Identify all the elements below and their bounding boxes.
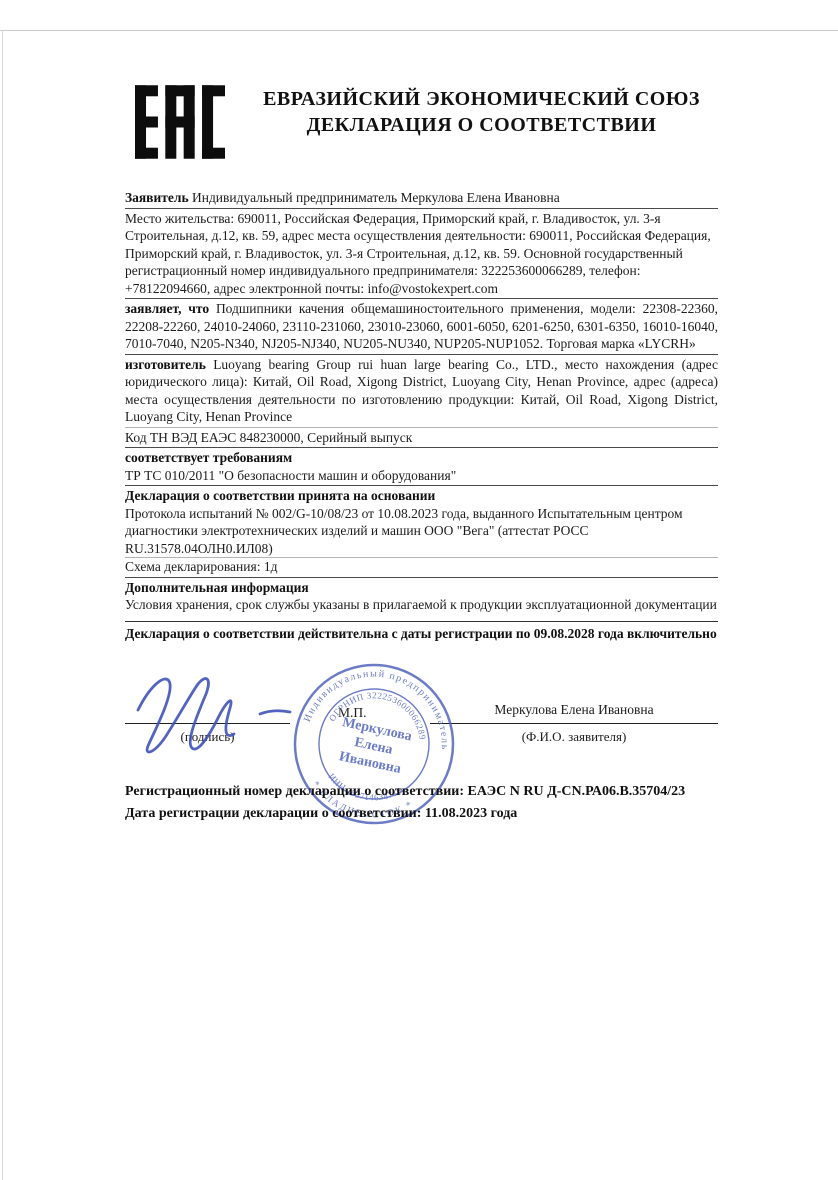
fio-caption: (Ф.И.О. заявителя) (430, 729, 718, 745)
conforms-label: соответствует требованиям (125, 450, 292, 465)
validity-text: Декларация о соответствии действительна … (125, 622, 718, 643)
registration-footer: Регистрационный номер декларации о соотв… (125, 781, 745, 825)
applicant-name: Индивидуальный предприниматель Меркулова… (192, 190, 560, 205)
applicant-fio: Меркулова Елена Ивановна (430, 702, 718, 718)
page-edge-left (2, 30, 3, 1180)
document-title: ЕВРАЗИЙСКИЙ ЭКОНОМИЧЕСКИЙ СОЮЗ ДЕКЛАРАЦИ… (243, 84, 720, 138)
registration-date-label: Дата регистрации декларации о соответств… (125, 806, 421, 821)
declaration-body: Заявитель Индивидуальный предприниматель… (125, 188, 718, 642)
page-edge-top (0, 30, 838, 31)
basis-label: Декларация о соответствии принята на осн… (125, 488, 435, 503)
manufacturer-label: изготовитель (125, 357, 206, 372)
registration-number-line: Регистрационный номер декларации о соотв… (125, 781, 745, 803)
applicant-row: Заявитель Индивидуальный предприниматель… (125, 188, 718, 209)
conforms-row: соответствует требованиям ТР ТС 010/2011… (125, 448, 718, 486)
basis-text: Протокола испытаний № 002/G-10/08/23 от … (125, 505, 718, 559)
applicant-label: Заявитель (125, 190, 189, 205)
declares-label: заявляет, что (125, 301, 209, 316)
document-header: ЕВРАЗИЙСКИЙ ЭКОНОМИЧЕСКИЙ СОЮЗ ДЕКЛАРАЦИ… (135, 84, 720, 160)
registration-date-value: 11.08.2023 года (425, 806, 517, 821)
applicant-details: Место жительства: 690011, Российская Фед… (125, 210, 718, 298)
title-line-2: ДЕКЛАРАЦИЯ О СООТВЕТСТВИИ (243, 112, 720, 138)
conforms-text: ТР ТС 010/2011 "О безопасности машин и о… (125, 467, 718, 485)
manufacturer-text: Luoyang bearing Group rui huan large bea… (125, 357, 718, 425)
additional-label: Дополнительная информация (125, 580, 309, 595)
registration-date-line: Дата регистрации декларации о соответств… (125, 803, 745, 825)
stamp-outer-top-text: Индивидуальный предприниматель (302, 659, 459, 753)
registration-number-value: ЕАЭС N RU Д-CN.РА06.В.35704/23 (468, 784, 686, 799)
fio-line (430, 723, 718, 724)
eac-logo-icon (135, 84, 225, 160)
declares-row: заявляет, что Подшипники качения общемаш… (125, 299, 718, 355)
tnved-text: Код ТН ВЭД ЕАЭС 848230000, Серийный выпу… (125, 429, 718, 447)
additional-text: Условия хранения, срок службы указаны в … (125, 596, 718, 614)
tnved-row: Код ТН ВЭД ЕАЭС 848230000, Серийный выпу… (125, 428, 718, 449)
applicant-details-row: Место жительства: 690011, Российская Фед… (125, 209, 718, 300)
title-line-1: ЕВРАЗИЙСКИЙ ЭКОНОМИЧЕСКИЙ СОЮЗ (243, 86, 720, 112)
stamp-name-line3: Ивановна (338, 749, 403, 777)
additional-row: Дополнительная информация Условия хранен… (125, 578, 718, 622)
basis-row: Декларация о соответствии принята на осн… (125, 486, 718, 578)
declaration-page: ЕВРАЗИЙСКИЙ ЭКОНОМИЧЕСКИЙ СОЮЗ ДЕКЛАРАЦИ… (0, 0, 838, 1180)
registration-number-label: Регистрационный номер декларации о соотв… (125, 784, 464, 799)
scheme-text: Схема декларирования: 1д (125, 558, 718, 576)
declares-text: Подшипники качения общемашиностоительног… (125, 301, 718, 351)
manufacturer-row: изготовитель Luoyang bearing Group rui h… (125, 355, 718, 428)
validity-row: Декларация о соответствии действительна … (125, 622, 718, 643)
